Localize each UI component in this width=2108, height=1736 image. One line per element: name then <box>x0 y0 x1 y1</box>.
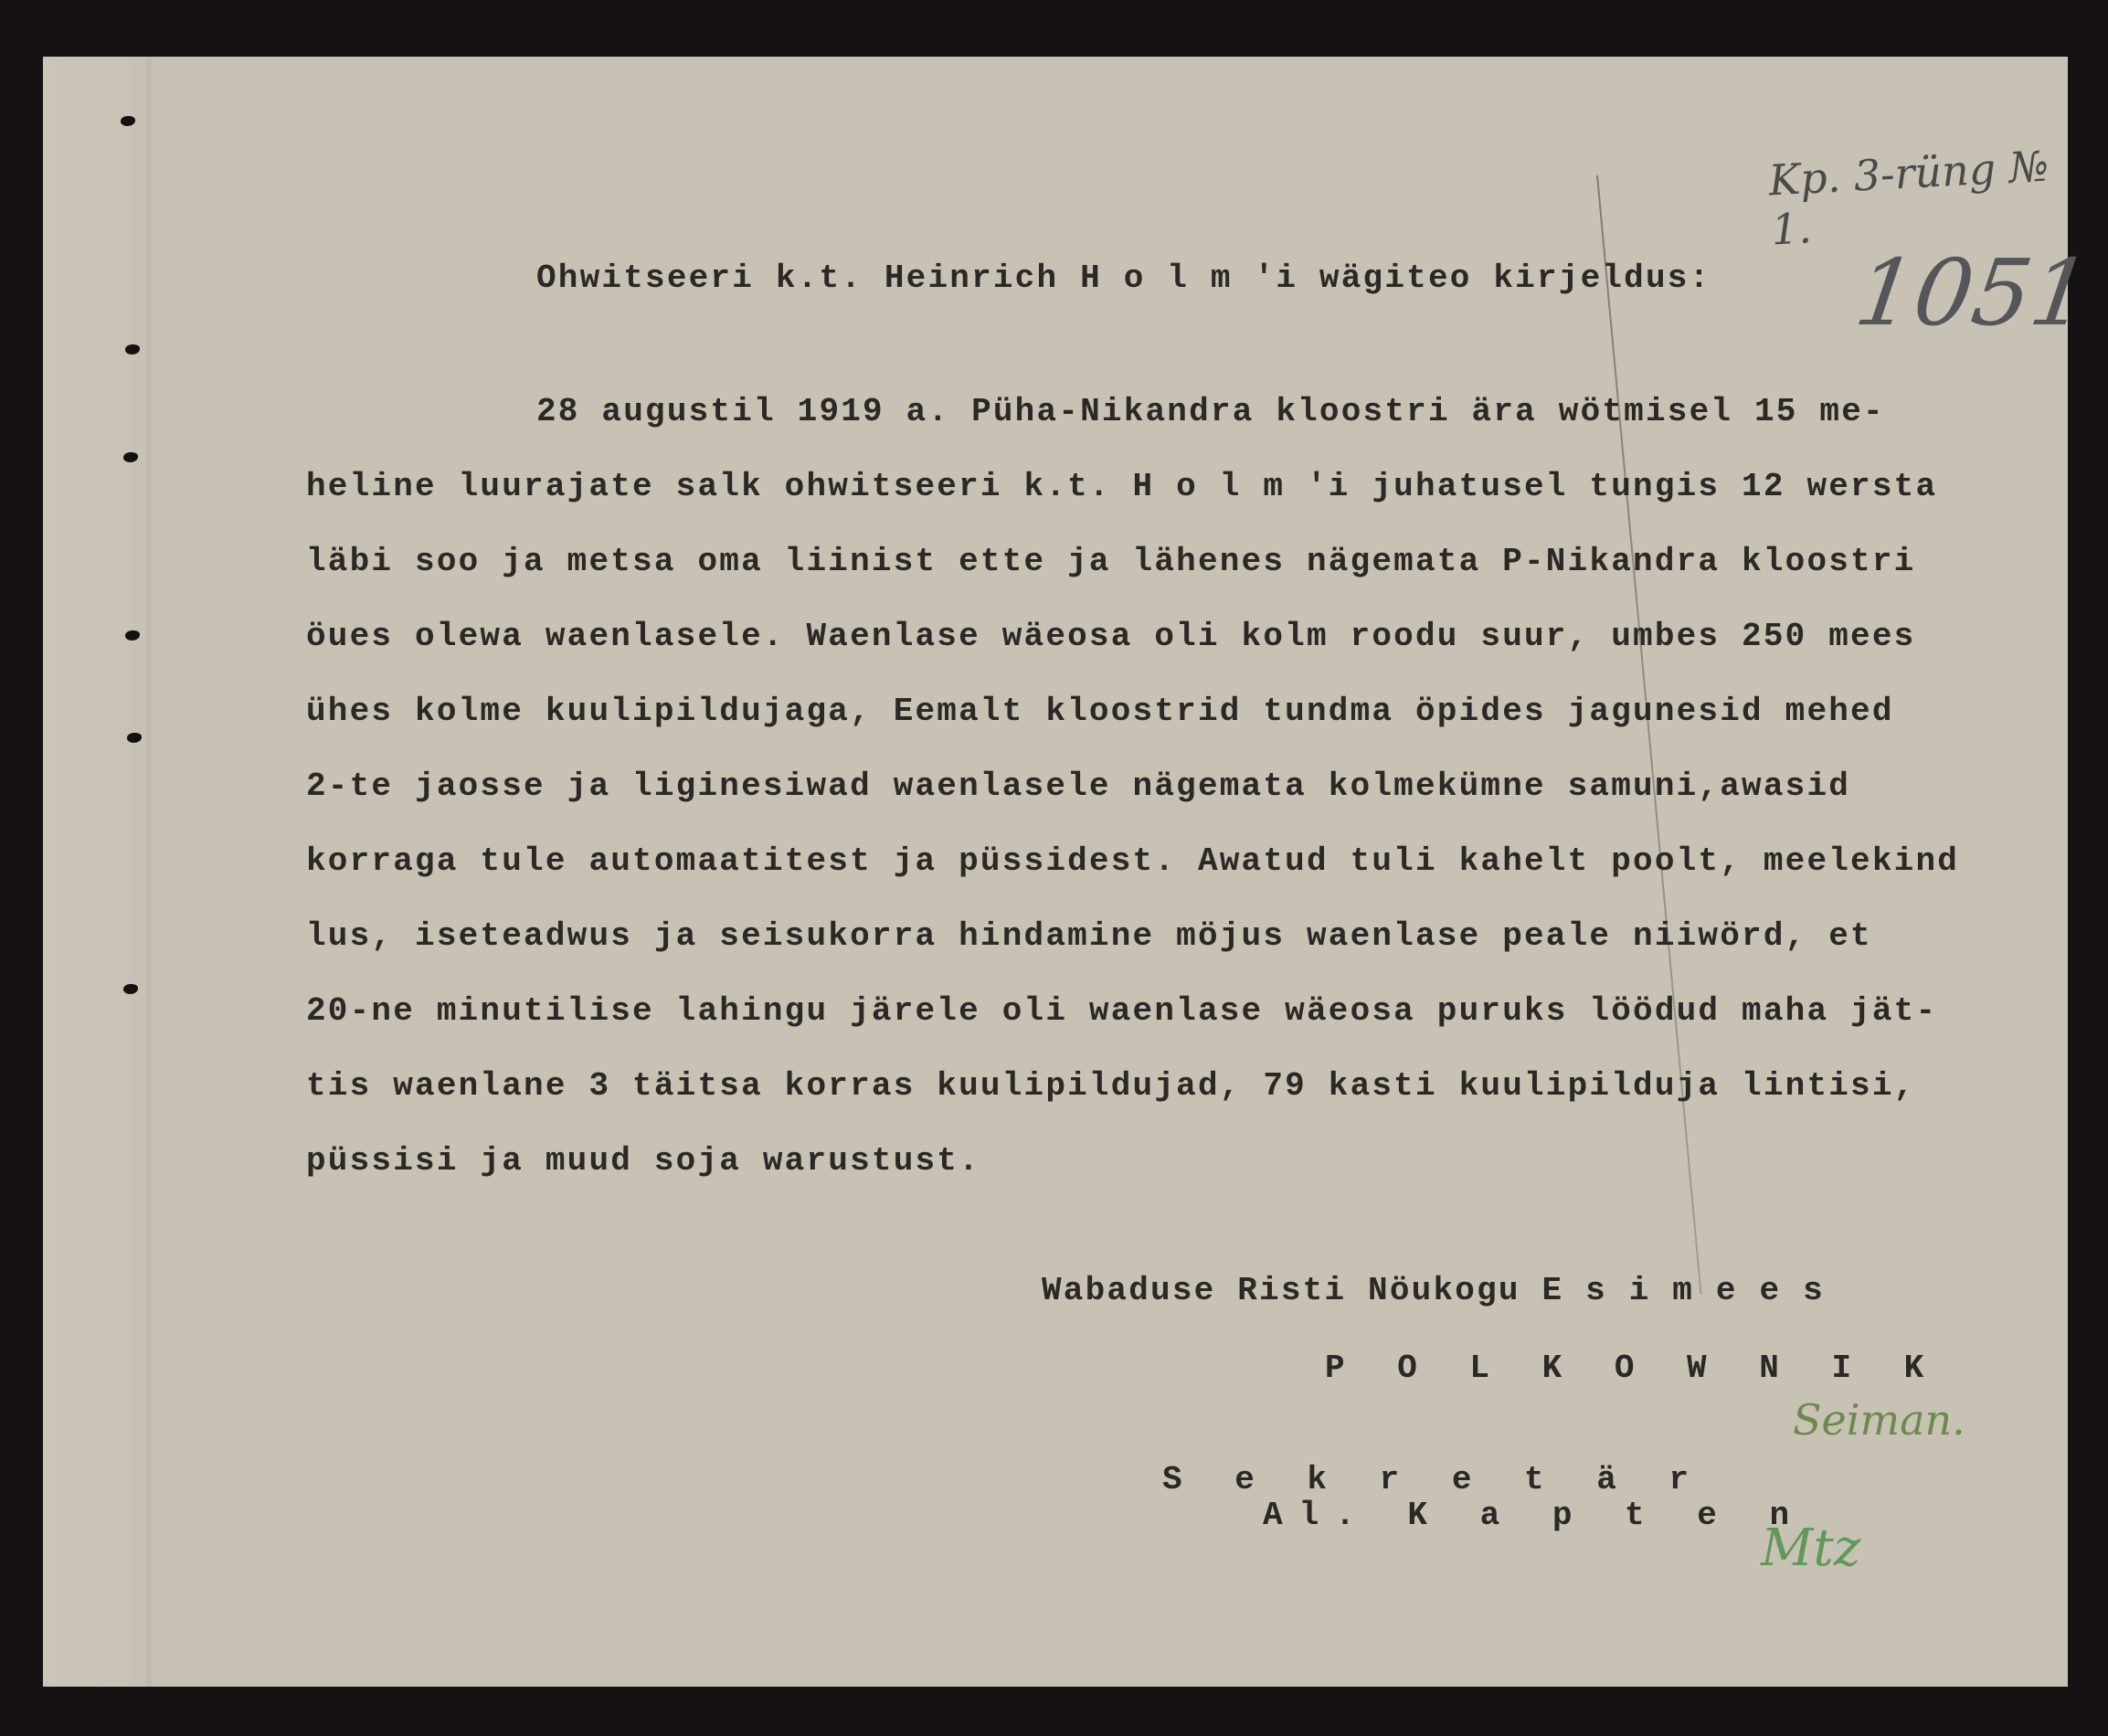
body-line: lus, iseteadwus ja seisukorra hindamine … <box>306 917 1872 955</box>
body-line: läbi soo ja metsa oma liinist ette ja lä… <box>306 543 1915 580</box>
secretary-title: S e k r e t ä r <box>1162 1461 1705 1498</box>
document-page: Kp. 3-rüng № 1. 1051 Ohwitseeri k.t. Hei… <box>43 57 2068 1687</box>
punch-hole <box>121 116 135 126</box>
handwritten-number: 1051 <box>1849 239 2097 346</box>
secretary-signature: Mtz <box>1761 1519 1860 1578</box>
document-title: Ohwitseeri k.t. Heinrich H o l m 'i wägi… <box>536 259 1711 297</box>
chairman-title: Wabaduse Risti Nöukogu E s i m e e s <box>1042 1272 1825 1309</box>
chairman-signature: Seiman. <box>1793 1395 1965 1445</box>
body-line: 20-ne minutilise lahingu järele oli waen… <box>306 992 1937 1030</box>
body-line: 2-te jaosse ja liginesiwad waenlasele nä… <box>306 767 1850 805</box>
punch-hole <box>123 984 138 994</box>
secretary-rank: Al. K a p t e n <box>1263 1497 1806 1534</box>
punch-hole <box>125 344 140 355</box>
body-line: ühes kolme kuulipildujaga, Eemalt kloost… <box>306 693 1894 730</box>
body-line: korraga tule automaatitest ja püssidest.… <box>306 842 1959 880</box>
punch-hole <box>123 452 138 462</box>
body-line: öues olewa waenlasele. Waenlase wäeosa o… <box>306 618 1915 655</box>
handwritten-reference: Kp. 3-rüng № 1. <box>1767 141 2070 255</box>
paper-tear <box>1596 175 1702 1295</box>
punch-hole <box>125 630 140 640</box>
chairman-rank: P O L K O W N I K <box>1325 1350 1940 1387</box>
body-line: tis waenlane 3 täitsa korras kuulipilduj… <box>306 1067 1915 1105</box>
body-line: heline luurajate salk ohwitseeri k.t. H … <box>306 468 1937 505</box>
body-line: püssisi ja muud soja warustust. <box>306 1142 980 1180</box>
punch-hole <box>127 733 142 743</box>
body-line: 28 augustil 1919 a. Püha-Nikandra kloost… <box>536 393 1885 430</box>
